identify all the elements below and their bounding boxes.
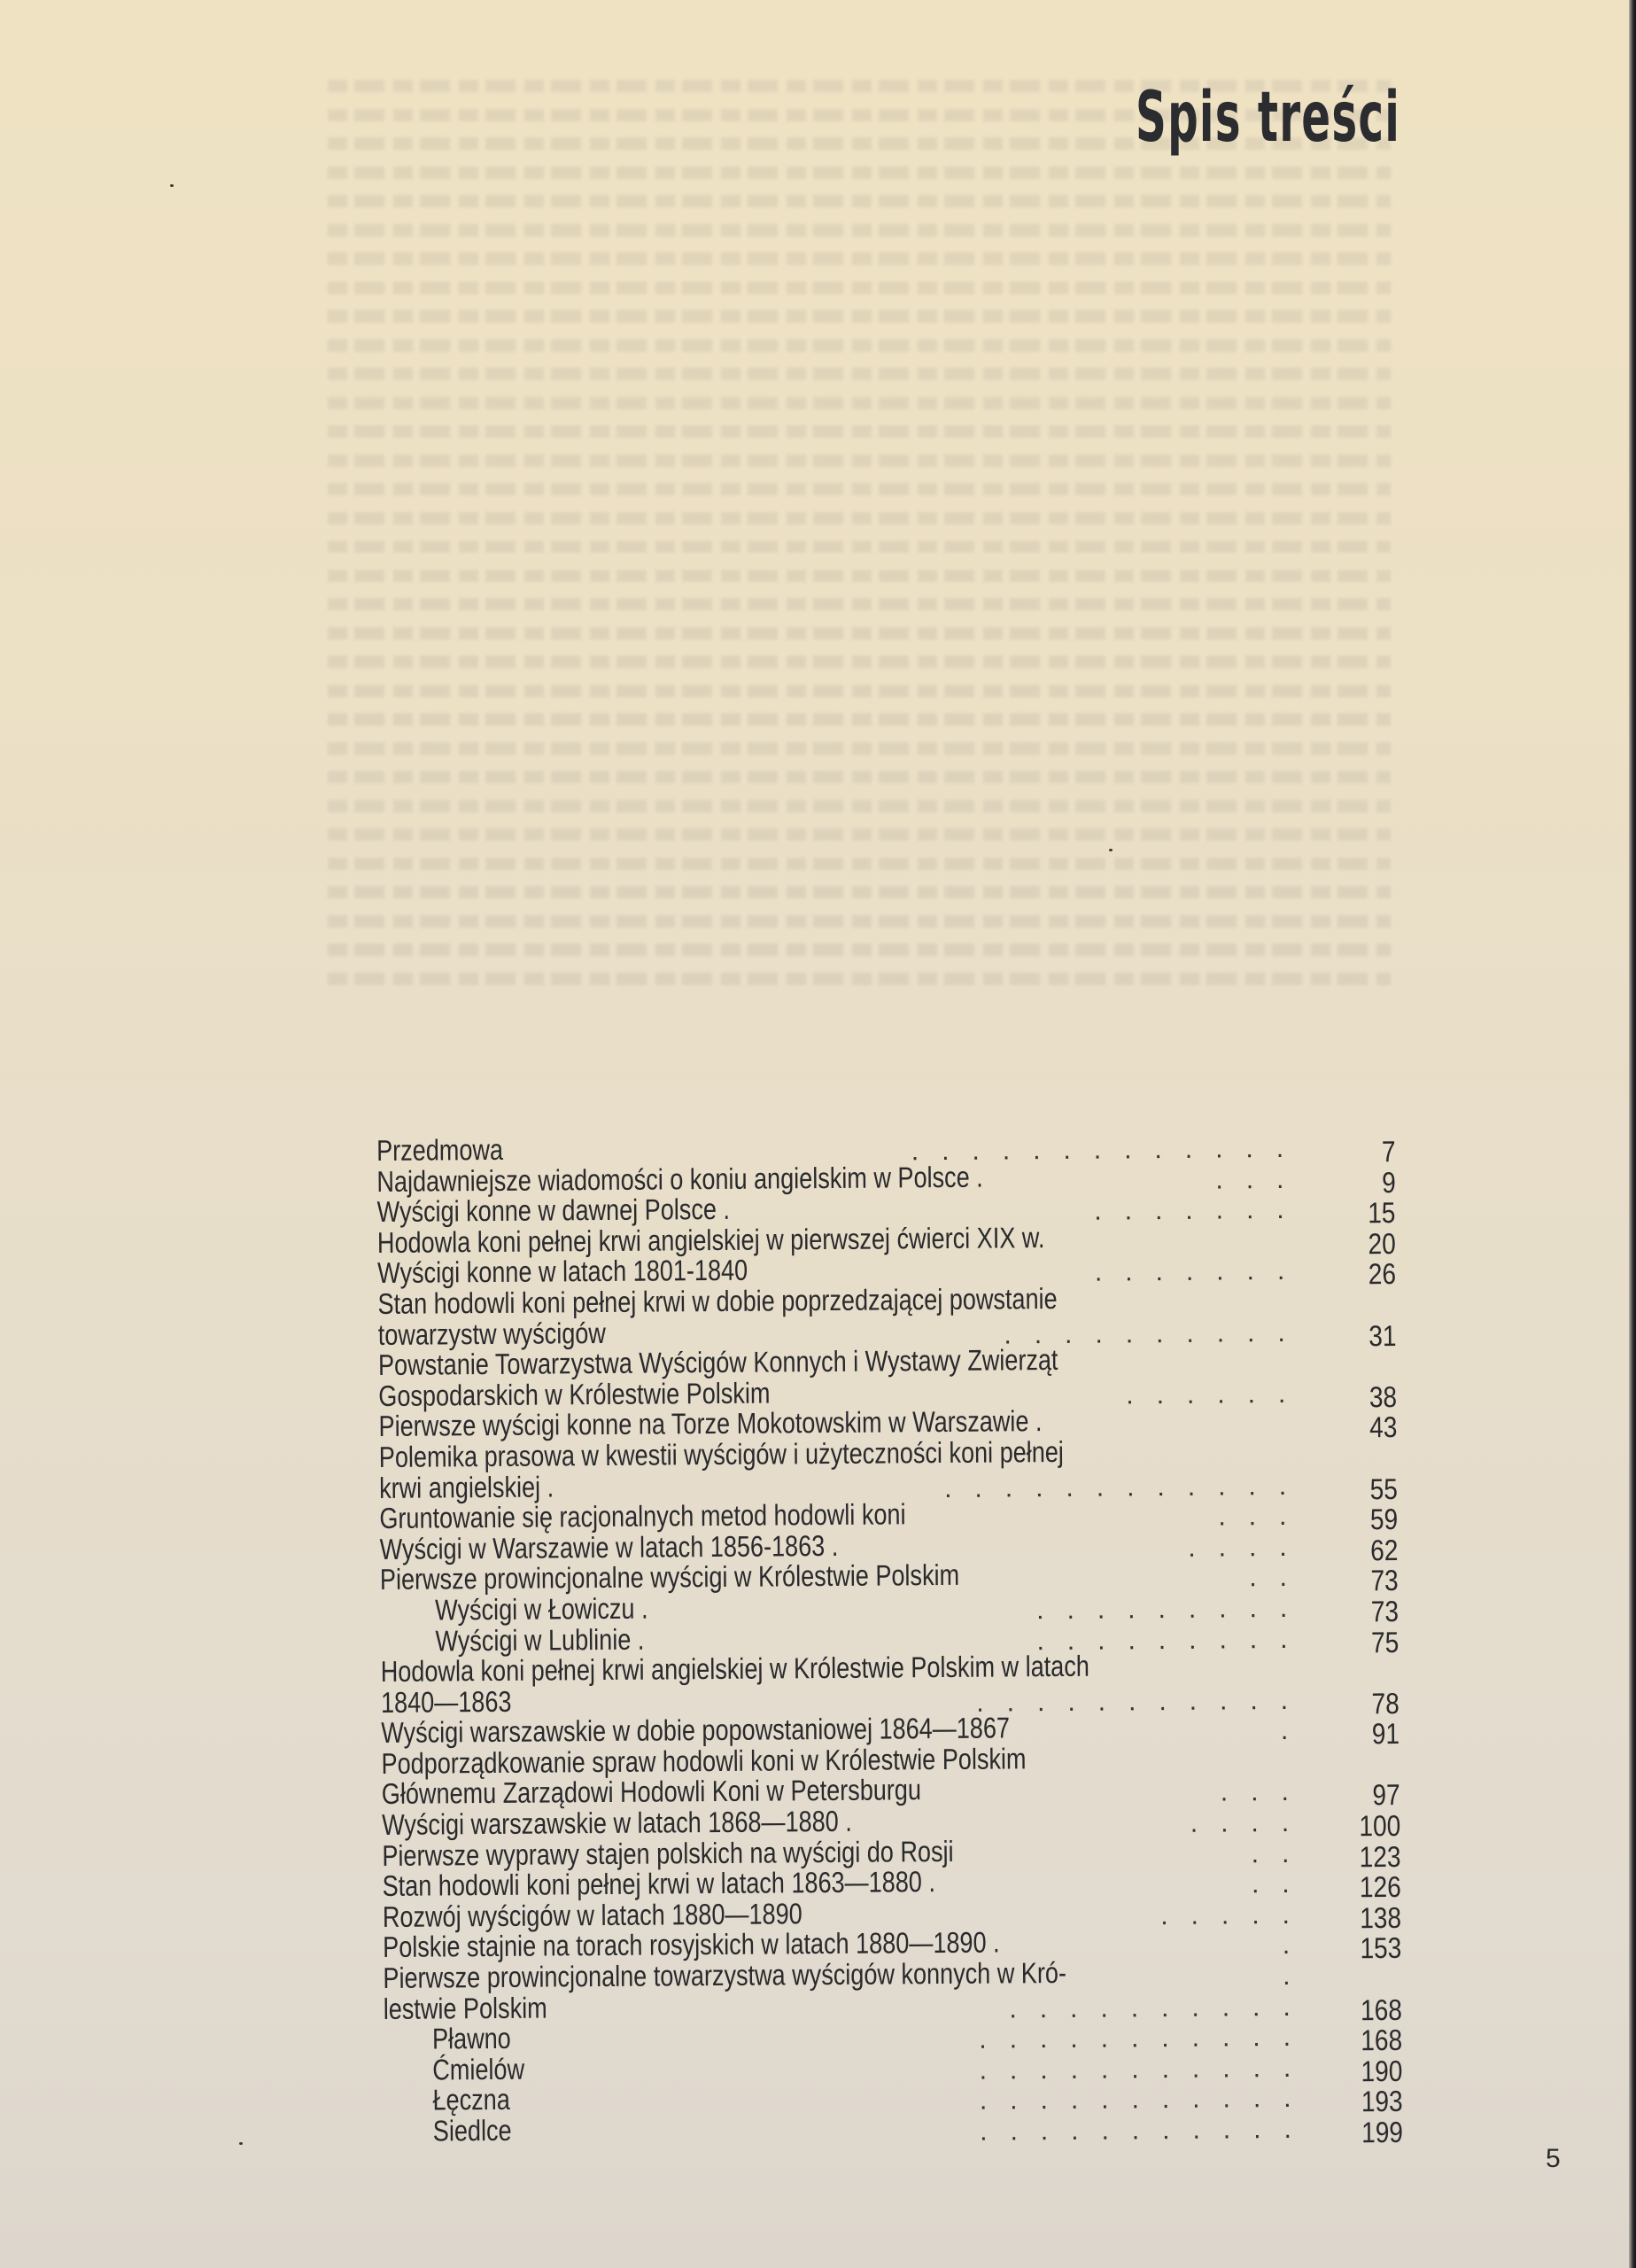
page-number: 5 (1546, 2144, 1561, 2174)
toc-entry-title: Wyścigi w Lublinie . (435, 1624, 644, 1656)
page-edge (1629, 0, 1636, 2268)
page-title: Spis treści (1136, 78, 1400, 158)
toc-entry-title: towarzystw wyścigów (378, 1318, 606, 1351)
bleed-through-text (328, 80, 1391, 1019)
toc-entry-title: Pierwsze prowincjonalne wyścigi w Króles… (380, 1560, 959, 1596)
book-page: Spis treści Przedmowa.............7Najda… (0, 0, 1636, 2268)
toc-entry-title: Wyścigi konne w dawnej Polsce . (377, 1194, 731, 1228)
toc-entry-title: Ćmielów (432, 2054, 524, 2085)
toc-entry-title: lestwie Polskim (384, 1992, 547, 2024)
toc-entry-title: Podporządkowanie spraw hodowli koni w Kr… (381, 1744, 1026, 1779)
toc-entry-title: Przedmowa (376, 1135, 503, 1167)
dot-leader: ........... (980, 2115, 1314, 2148)
toc-page-number: 199 (1361, 2117, 1403, 2148)
toc-entry-title: Wyścigi w Łowiczu . (435, 1594, 648, 1626)
paper-speck (170, 184, 174, 187)
paper-speck (1109, 849, 1113, 851)
toc-entry-title: krwi angielskiej . (379, 1472, 554, 1503)
toc-entry-title: Pławno (432, 2023, 511, 2054)
toc-entry-title: 1840—1863 (381, 1687, 512, 1719)
paper-speck (239, 2142, 243, 2145)
toc-entry-title: Łęczna (432, 2085, 510, 2116)
toc-entry-title: Hodowla koni pełnej krwi angielskiej w p… (377, 1223, 1045, 1259)
toc-entry-title: Najdawniejsze wiadomości o koniu angiels… (376, 1161, 983, 1197)
toc-entry-title: Stan hodowli koni pełnej krwi w latach 1… (383, 1867, 936, 1901)
toc-entry-title: Siedlce (433, 2116, 512, 2147)
table-of-contents: Przedmowa.............7Najdawniejsze wia… (376, 1128, 1403, 2148)
